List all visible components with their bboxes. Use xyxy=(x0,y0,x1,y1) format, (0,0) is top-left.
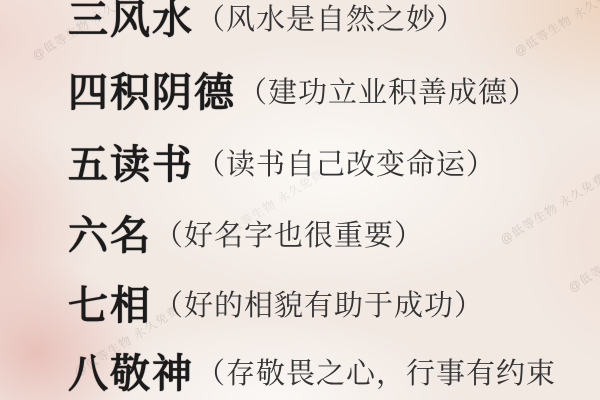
item-note: （建功立业积善成德） xyxy=(238,71,538,115)
list-item: 八敬神 （存敬畏之心，行事有约束 xyxy=(68,352,556,396)
watermark-text: @低等生物 永久免费 xyxy=(511,0,600,60)
item-title: 七相 xyxy=(68,284,152,328)
item-title: 四积阴德 xyxy=(68,71,236,115)
list-item: 七相 （好的相貌有助于成功） xyxy=(68,284,484,328)
list-item: 五读书 （读书自己改变命运） xyxy=(68,143,496,187)
list-item: 三风水 （风水是自然之妙） xyxy=(68,0,466,42)
watermark-text: @低等生物 永久免费 xyxy=(565,217,600,296)
text-image-canvas: @低等生物 永久免费 @低等生物 永久免费 @低等生物 永久免费 @低等生物 永… xyxy=(0,0,600,400)
item-note: （好的相貌有助于成功） xyxy=(154,284,484,328)
item-title: 五读书 xyxy=(68,143,194,187)
item-note: （读书自己改变命运） xyxy=(196,143,496,187)
item-title: 六名 xyxy=(68,214,152,258)
item-note: （存敬畏之心，行事有约束 xyxy=(196,352,556,396)
watermark-text: @低等生物 永久免费 xyxy=(497,169,600,248)
item-title: 三风水 xyxy=(68,0,194,42)
item-note: （好名字也很重要） xyxy=(154,214,424,258)
item-note: （风水是自然之妙） xyxy=(196,0,466,42)
list-item: 四积阴德 （建功立业积善成德） xyxy=(68,71,538,115)
item-title: 八敬神 xyxy=(68,352,194,396)
list-item: 六名 （好名字也很重要） xyxy=(68,214,424,258)
